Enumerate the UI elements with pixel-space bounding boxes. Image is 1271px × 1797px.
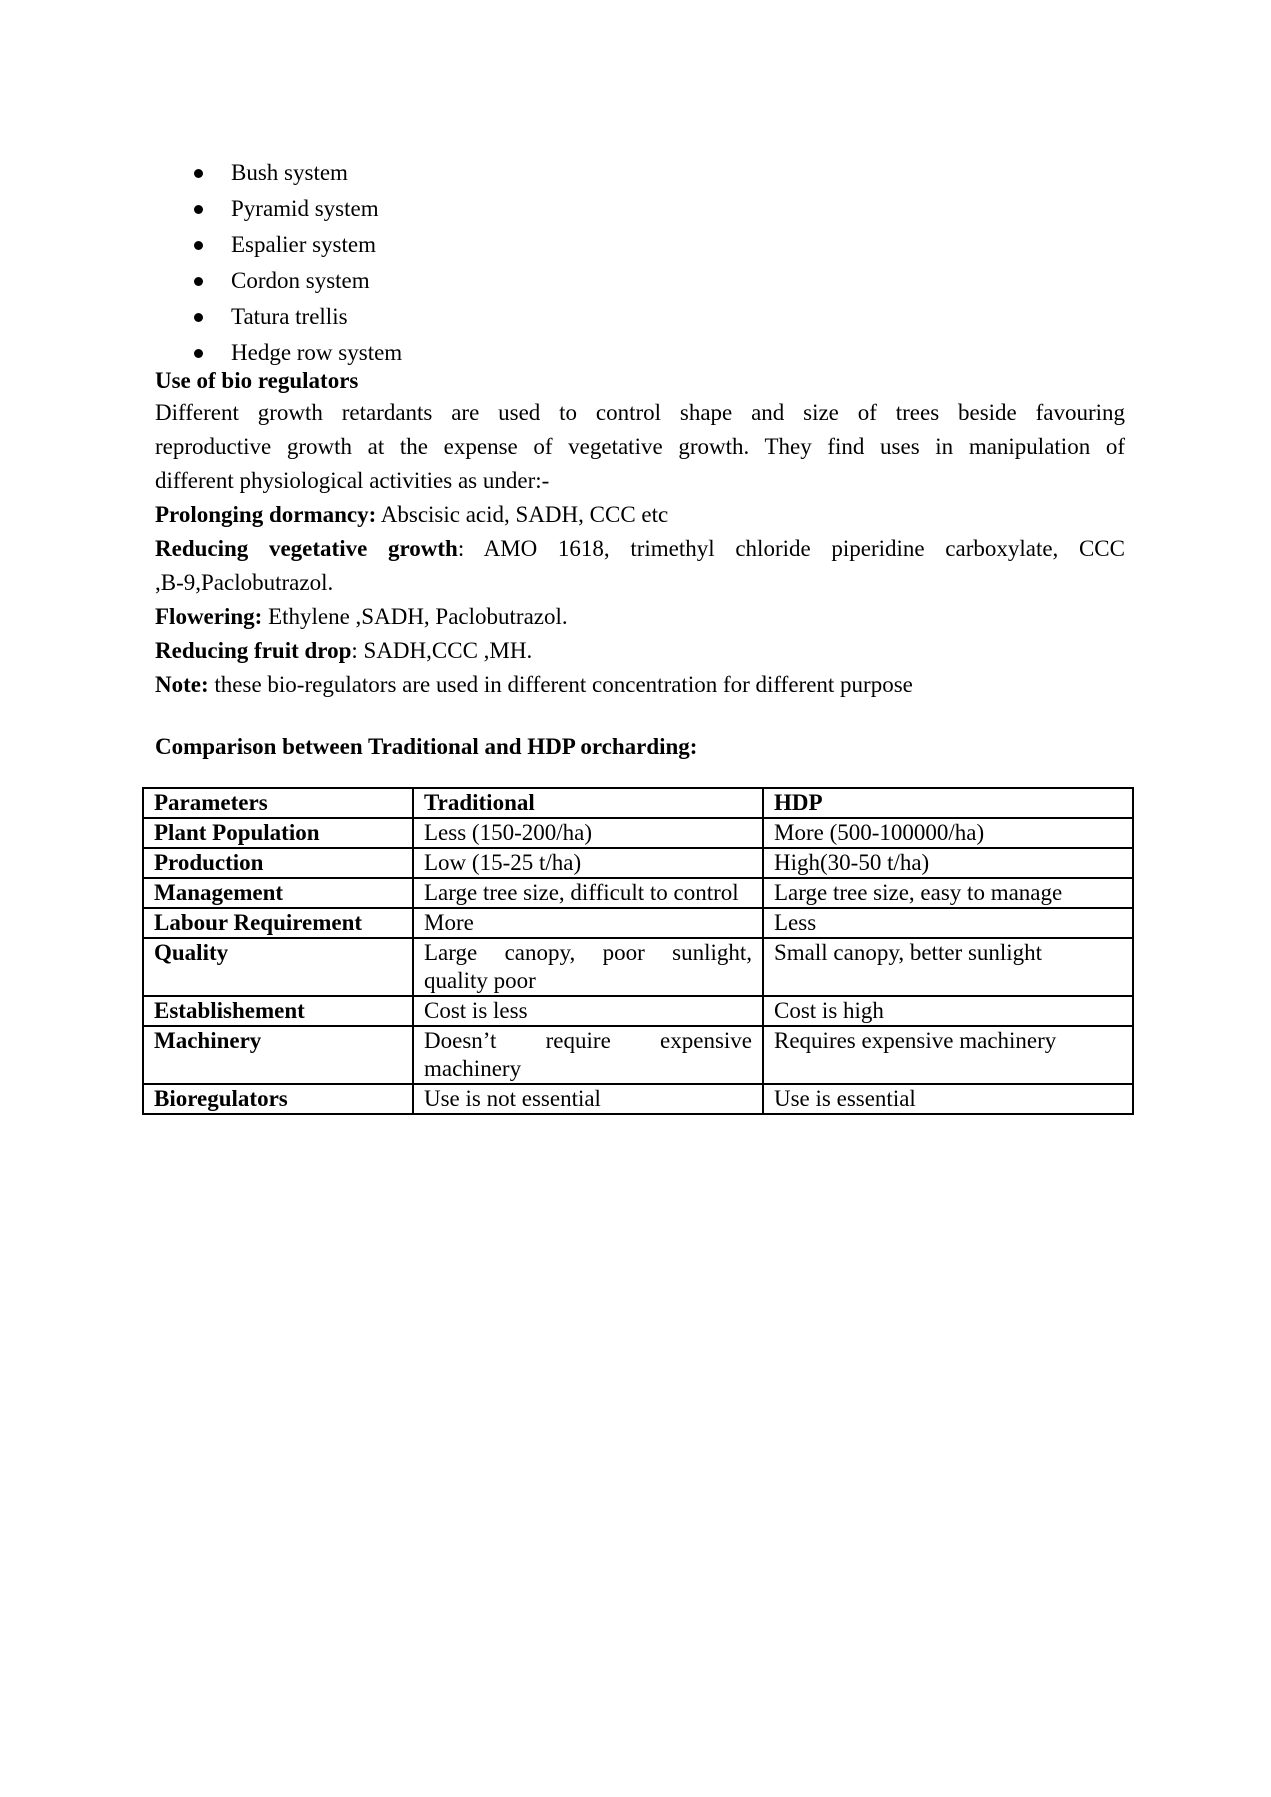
column-header-parameters: Parameters xyxy=(143,788,413,818)
regulator-item-vegetative: Reducing vegetative growth: AMO 1618, tr… xyxy=(155,532,1125,566)
note-label: Note: xyxy=(155,672,209,697)
list-item: Cordon system xyxy=(189,263,402,299)
item-label: Reducing vegetative growth xyxy=(155,536,458,561)
traditional-cell: More xyxy=(413,908,763,938)
parameter-cell: Quality xyxy=(143,938,413,996)
regulator-note: Note: these bio-regulators are used in d… xyxy=(155,668,1125,702)
table-row: Quality Large canopy, poor sunlight, qua… xyxy=(143,938,1133,996)
hdp-cell: Requires expensive machinery xyxy=(763,1026,1133,1084)
bullet-icon xyxy=(194,241,203,250)
hdp-cell: More (500-100000/ha) xyxy=(763,818,1133,848)
traditional-cell: Use is not essential xyxy=(413,1084,763,1114)
parameter-cell: Establishement xyxy=(143,996,413,1026)
hdp-cell: Less xyxy=(763,908,1133,938)
list-item: Pyramid system xyxy=(189,191,402,227)
hdp-cell: Cost is high xyxy=(763,996,1133,1026)
column-header-hdp: HDP xyxy=(763,788,1133,818)
paragraph-line: Different growth retardants are used to … xyxy=(155,396,1125,430)
bullet-icon xyxy=(194,205,203,214)
bio-regulators-section: Use of bio regulators Different growth r… xyxy=(155,366,1125,702)
traditional-cell: Large canopy, poor sunlight, quality poo… xyxy=(413,938,763,996)
traditional-cell: Cost is less xyxy=(413,996,763,1026)
bullet-icon xyxy=(194,169,203,178)
comparison-heading: Comparison between Traditional and HDP o… xyxy=(155,730,697,764)
list-item-text: Cordon system xyxy=(231,268,370,293)
list-item: Tatura trellis xyxy=(189,299,402,335)
table-row: Labour Requirement More Less xyxy=(143,908,1133,938)
parameter-cell: Plant Population xyxy=(143,818,413,848)
parameter-cell: Machinery xyxy=(143,1026,413,1084)
list-item: Bush system xyxy=(189,155,402,191)
parameter-cell: Production xyxy=(143,848,413,878)
paragraph-line: different physiological activities as un… xyxy=(155,464,1125,498)
traditional-cell: Low (15-25 t/ha) xyxy=(413,848,763,878)
table-row: Production Low (15-25 t/ha) High(30-50 t… xyxy=(143,848,1133,878)
document-page: Bush system Pyramid system Espalier syst… xyxy=(0,0,1271,1797)
regulator-item-dormancy: Prolonging dormancy: Abscisic acid, SADH… xyxy=(155,498,1125,532)
list-item-text: Pyramid system xyxy=(231,196,379,221)
paragraph-line: reproductive growth at the expense of ve… xyxy=(155,430,1125,464)
bullet-icon xyxy=(194,349,203,358)
item-label: Reducing fruit drop xyxy=(155,638,351,663)
note-text: these bio-regulators are used in differe… xyxy=(209,672,913,697)
regulator-item-vegetative-continued: ,B-9,Paclobutrazol. xyxy=(155,566,1125,600)
item-text: Ethylene ,SADH, Paclobutrazol. xyxy=(262,604,567,629)
item-text: : SADH,CCC ,MH. xyxy=(351,638,532,663)
table-row: Management Large tree size, difficult to… xyxy=(143,878,1133,908)
hdp-cell: Use is essential xyxy=(763,1084,1133,1114)
parameter-cell: Bioregulators xyxy=(143,1084,413,1114)
bullet-icon xyxy=(194,313,203,322)
hdp-cell: High(30-50 t/ha) xyxy=(763,848,1133,878)
parameter-cell: Management xyxy=(143,878,413,908)
item-label: Flowering: xyxy=(155,604,262,629)
regulator-item-fruit-drop: Reducing fruit drop: SADH,CCC ,MH. xyxy=(155,634,1125,668)
table-row: Establishement Cost is less Cost is high xyxy=(143,996,1133,1026)
item-text: : AMO 1618, trimethyl chloride piperidin… xyxy=(458,536,1125,561)
traditional-cell: Less (150-200/ha) xyxy=(413,818,763,848)
table-header-row: Parameters Traditional HDP xyxy=(143,788,1133,818)
hdp-cell: Large tree size, easy to manage xyxy=(763,878,1133,908)
traditional-cell: Large tree size, difficult to control xyxy=(413,878,763,908)
parameter-cell: Labour Requirement xyxy=(143,908,413,938)
comparison-table: Parameters Traditional HDP Plant Populat… xyxy=(142,787,1134,1115)
list-item-text: Hedge row system xyxy=(231,340,402,365)
traditional-cell: Doesn’t require expensive machinery xyxy=(413,1026,763,1084)
section-heading: Use of bio regulators xyxy=(155,366,1125,396)
section-heading-text: Use of bio regulators xyxy=(155,368,358,393)
training-systems-list: Bush system Pyramid system Espalier syst… xyxy=(189,155,402,371)
table-row: Plant Population Less (150-200/ha) More … xyxy=(143,818,1133,848)
regulator-item-flowering: Flowering: Ethylene ,SADH, Paclobutrazol… xyxy=(155,600,1125,634)
table-row: Bioregulators Use is not essential Use i… xyxy=(143,1084,1133,1114)
list-item-text: Bush system xyxy=(231,160,348,185)
item-label: Prolonging dormancy: xyxy=(155,502,376,527)
item-text: Abscisic acid, SADH, CCC etc xyxy=(376,502,668,527)
list-item: Espalier system xyxy=(189,227,402,263)
hdp-cell: Small canopy, better sunlight xyxy=(763,938,1133,996)
column-header-traditional: Traditional xyxy=(413,788,763,818)
list-item-text: Espalier system xyxy=(231,232,376,257)
list-item-text: Tatura trellis xyxy=(231,304,348,329)
bullet-icon xyxy=(194,277,203,286)
table-row: Machinery Doesn’t require expensive mach… xyxy=(143,1026,1133,1084)
